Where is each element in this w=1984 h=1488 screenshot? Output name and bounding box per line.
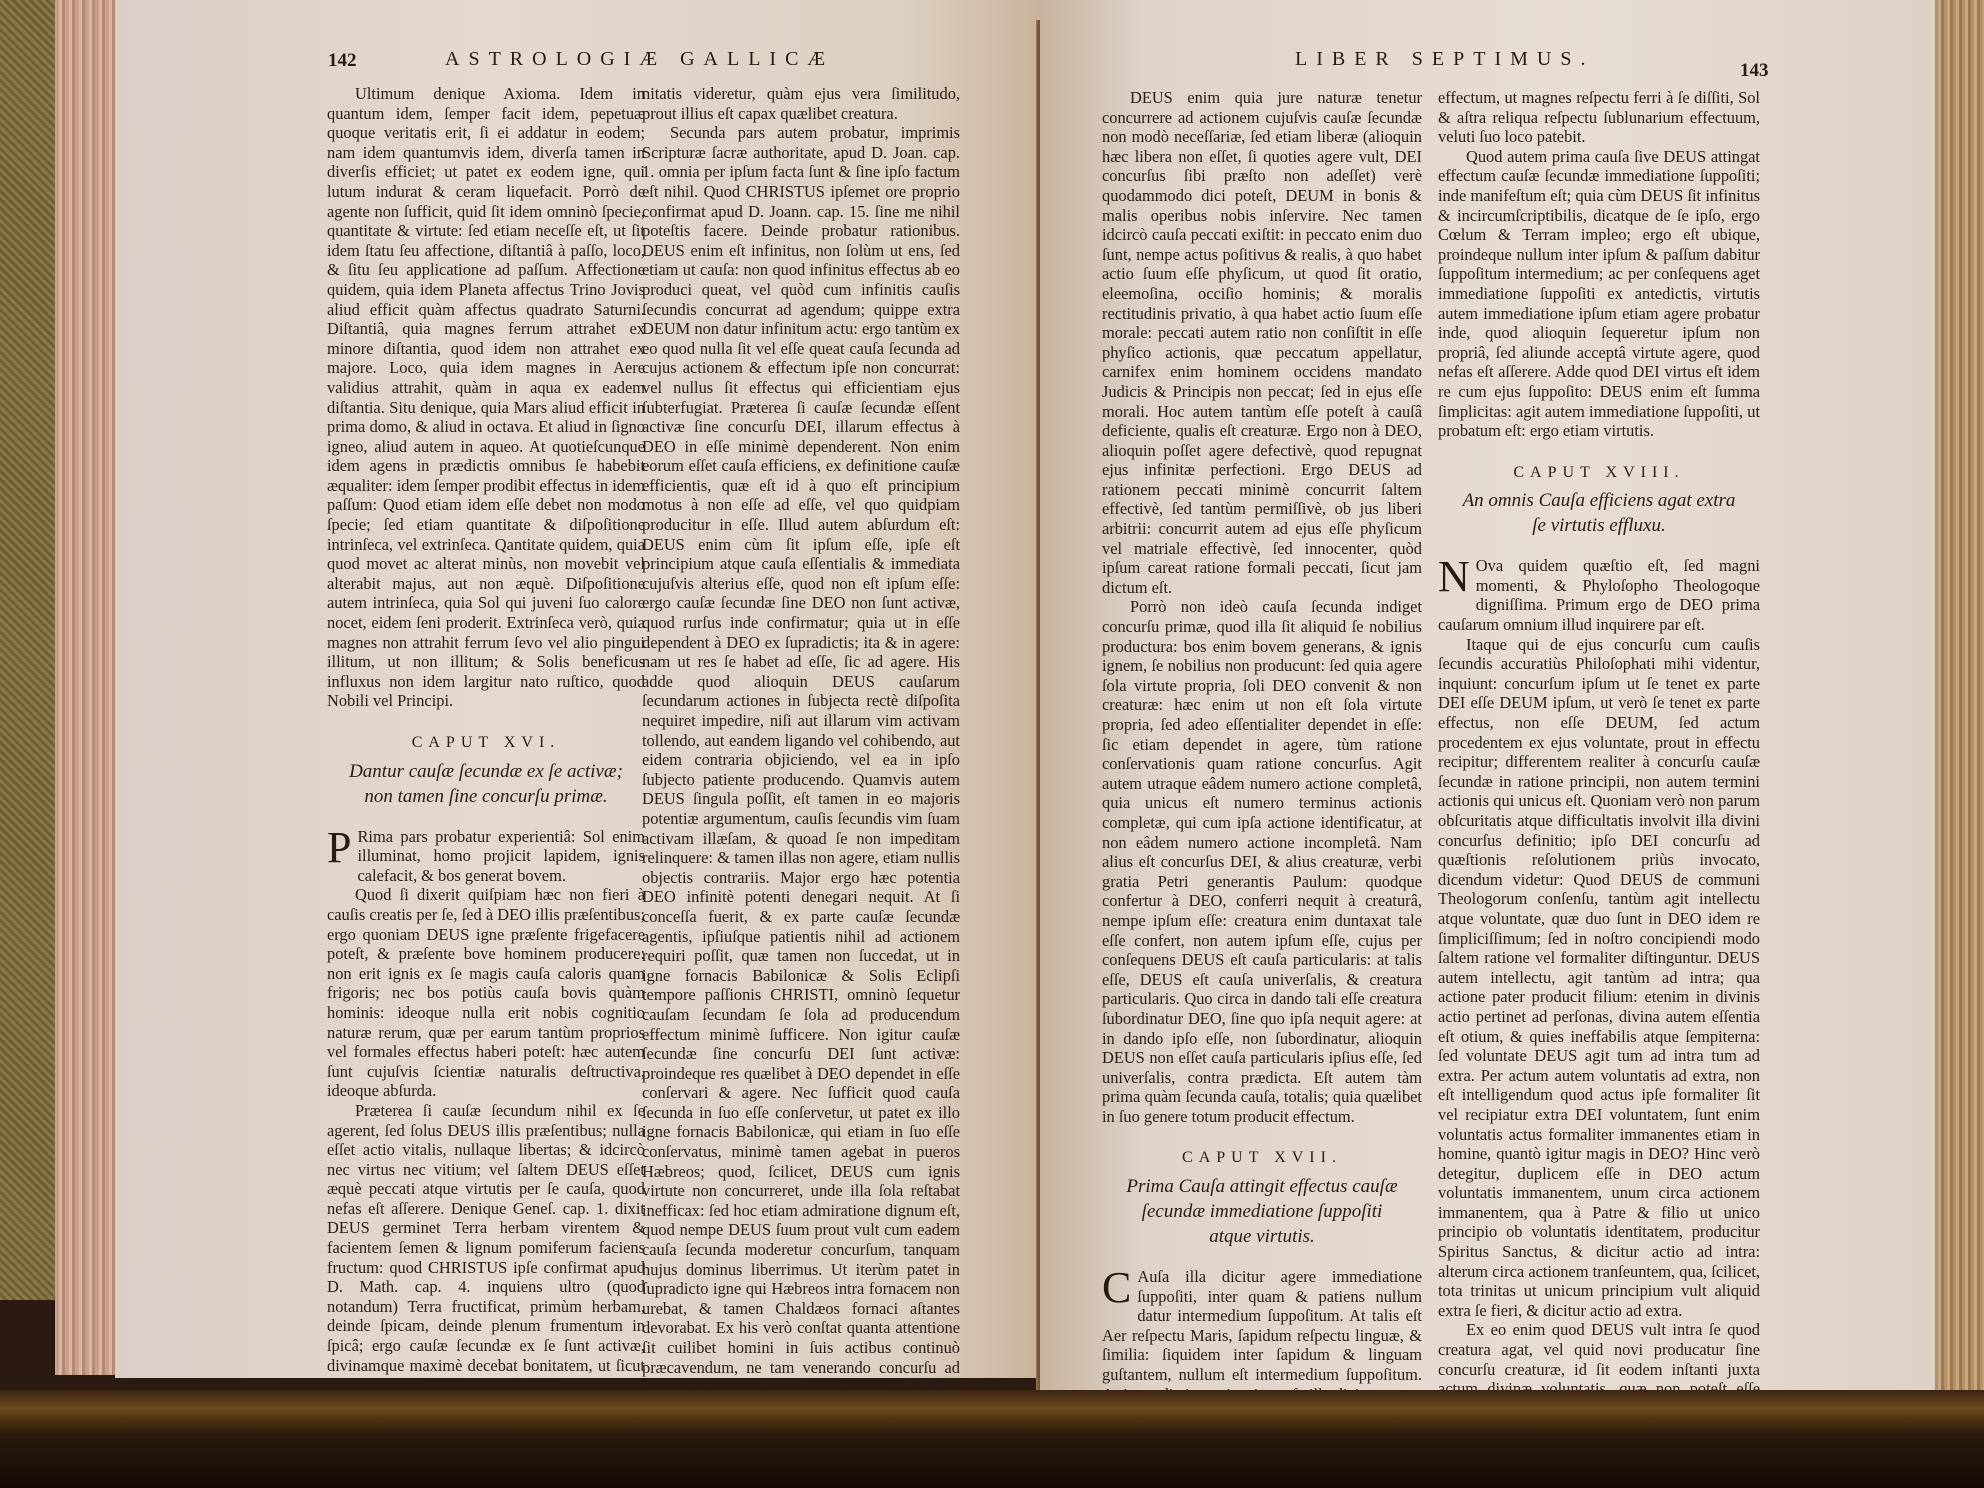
left-page-column-2: nitatis videretur, quàm ejus vera ſimili… (642, 84, 960, 1475)
chapter-heading: CAPUT XVIII. (1438, 463, 1760, 483)
paragraph: Ultimum denique Axioma. Idem in quantum … (327, 84, 645, 711)
chapter-title: An omnis Cauſa efficiens agat extra ſe v… (1456, 488, 1742, 538)
table-surface (0, 1390, 1984, 1488)
page-edges-right (1935, 0, 1984, 1420)
page-number-right: 143 (1740, 60, 1769, 82)
drop-cap: C (1102, 1269, 1131, 1307)
running-head-right: LIBER SEPTIMUS. (1295, 48, 1594, 71)
paragraph: DEUS enim quia jure naturæ tenetur concu… (1102, 88, 1422, 597)
right-page-column-1: DEUS enim quia jure naturæ tenetur concu… (1102, 88, 1422, 1443)
paragraph: Porrò non ideò cauſa ſecunda indiget con… (1102, 597, 1422, 1126)
page-edges-left (55, 0, 117, 1375)
drop-cap: N (1438, 558, 1470, 596)
right-page-column-2: effectum, ut magnes reſpectu ferri à ſe … (1438, 88, 1760, 1438)
left-page-column-1: Ultimum denique Axioma. Idem in quantum … (327, 84, 645, 1454)
chapter-title: Prima Cauſa attingit effectus cauſæ ſecu… (1120, 1174, 1404, 1249)
paragraph-with-dropcap: NOva quidem quæſtio eſt, ſed magni momen… (1438, 556, 1760, 634)
paragraph: nitatis videretur, quàm ejus vera ſimili… (642, 84, 960, 123)
page-number-left: 142 (328, 50, 357, 72)
paragraph: Quod autem prima cauſa ſive DEUS attinga… (1438, 147, 1760, 441)
running-head-left: ASTROLOGIÆ GALLICÆ (445, 48, 834, 71)
paragraph: Itaque qui de ejus concurſu cum cauſis ſ… (1438, 635, 1760, 1321)
right-page: LIBER SEPTIMUS. 143 DEUS enim quia jure … (1040, 0, 1935, 1405)
paragraph: Quod ſi dixerit quiſpiam hæc non fieri à… (327, 885, 645, 1101)
paragraph: Secunda pars autem probatur, imprimis Sc… (642, 123, 960, 1455)
paragraph: effectum, ut magnes reſpectu ferri à ſe … (1438, 88, 1760, 147)
chapter-heading: CAPUT XVI. (327, 733, 645, 753)
chapter-title: Dantur cauſæ ſecundæ ex ſe activæ; non t… (345, 759, 627, 809)
drop-cap: P (327, 829, 351, 867)
paragraph-with-dropcap: PRima pars probatur experientiâ: Sol eni… (327, 827, 645, 886)
left-page: 142 ASTROLOGIÆ GALLICÆ Ultimum denique A… (115, 0, 1040, 1378)
cloth-background (0, 0, 60, 1300)
chapter-heading: CAPUT XVII. (1102, 1148, 1422, 1168)
